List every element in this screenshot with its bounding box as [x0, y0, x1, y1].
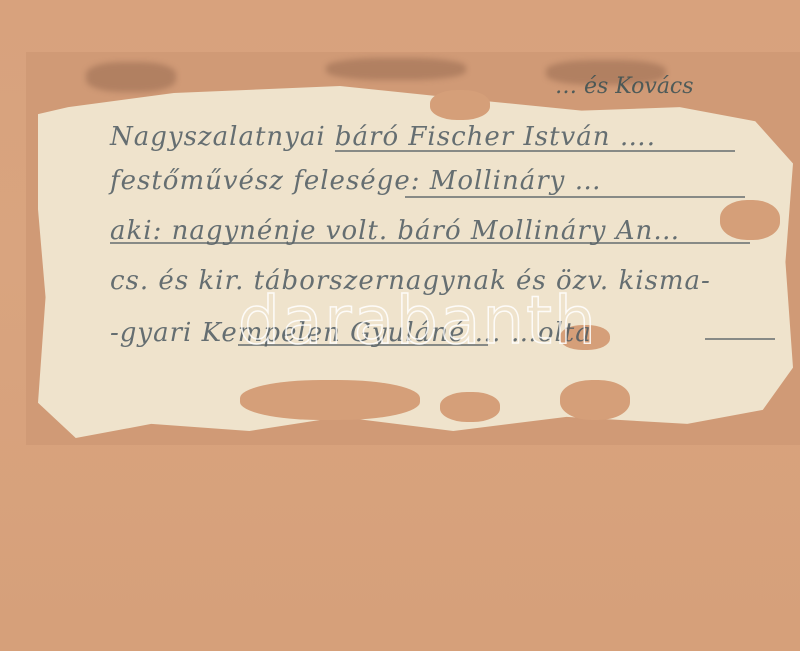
torn-patch: [240, 380, 420, 420]
torn-patch: [430, 90, 490, 120]
underline: [705, 338, 775, 340]
top-handwriting-fragment: … és Kovács: [555, 74, 694, 99]
watermark: darabanth: [238, 282, 598, 359]
underline: [110, 242, 750, 244]
underline: [335, 150, 735, 152]
handwriting-line-1: Nagyszalatnyai báró Fischer István ….: [110, 122, 656, 152]
torn-patch: [560, 380, 630, 420]
underline: [405, 196, 745, 198]
handwriting-line-2: festőművész felesége: Mollináry …: [110, 166, 602, 196]
torn-patch: [720, 200, 780, 240]
torn-patch: [440, 392, 500, 422]
